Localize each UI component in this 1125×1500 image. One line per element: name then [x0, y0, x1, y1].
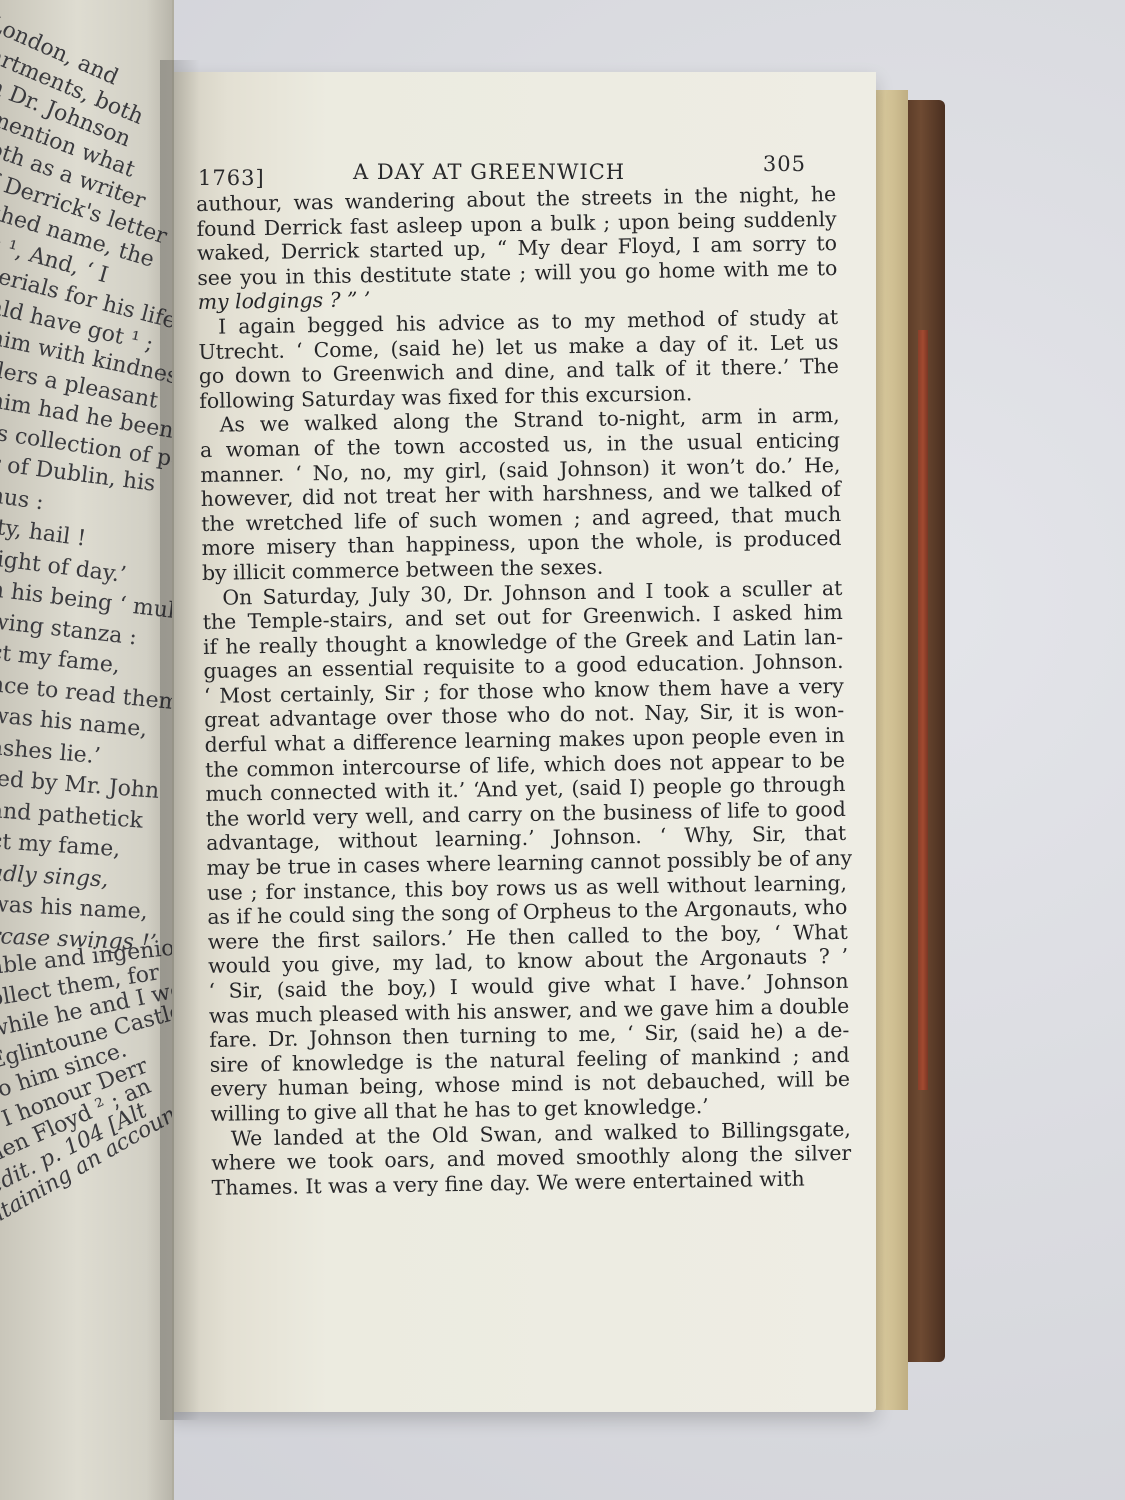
chapter-title: A DAY AT GREENWICH — [353, 160, 625, 184]
left-text-fragment: ied by Mr. John — [0, 766, 160, 804]
cover-edge-strip — [918, 330, 928, 1090]
body-text: authour, was wandering about the streets… — [196, 182, 852, 1200]
left-text-fragment: and pathetick — [0, 798, 144, 834]
left-text-fragment: ity, hail ! — [0, 514, 87, 552]
running-head-year: 1763] — [198, 166, 265, 190]
left-text-fragment: hus : — [0, 483, 45, 515]
left-text-fragment: was his name, — [0, 892, 148, 925]
page-number: 305 — [763, 152, 806, 176]
left-text-fragment: ct my fame, — [0, 829, 121, 862]
right-page: 1763] A DAY AT GREENWICH 305 authour, wa… — [168, 72, 876, 1412]
running-head: 1763] A DAY AT GREENWICH 305 — [198, 152, 806, 188]
gutter-shadow — [160, 60, 200, 1420]
left-text-fragment: adly sings, — [0, 861, 109, 893]
left-page-curled: London, andartments, bothh Dr. Johnsonme… — [0, 0, 174, 1500]
left-text-fragment: ashes lie.’ — [0, 735, 102, 769]
